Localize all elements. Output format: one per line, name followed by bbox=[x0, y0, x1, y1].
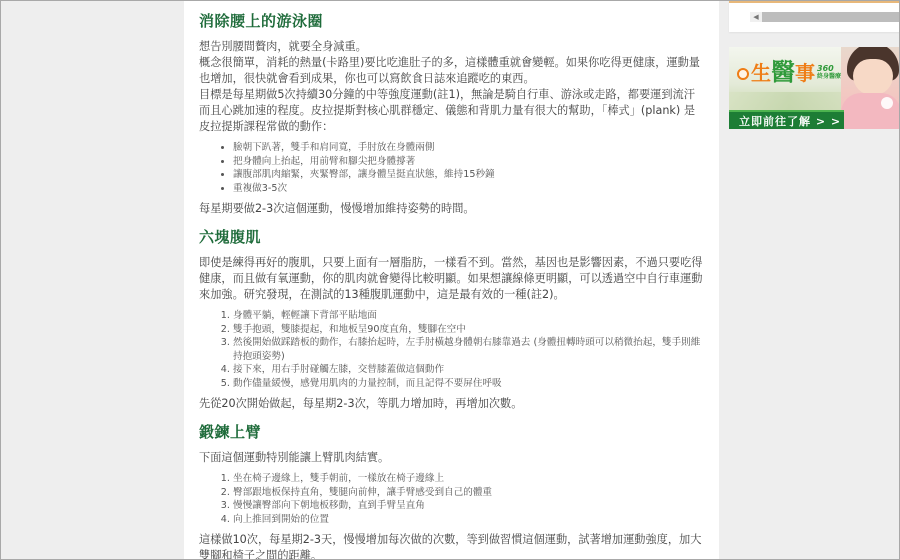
insurance-ad-banner[interactable]: 生 醫 事 360 終身醫療險 立即前往了解 > > bbox=[729, 47, 900, 129]
list-item: 把身體向上抬起，用前臂和腳尖把身體撐著 bbox=[233, 155, 705, 169]
list-item: 臉朝下趴著，雙手和肩同寬，手肘放在身體兩側 bbox=[233, 141, 705, 155]
right-sidebar: ◀ 生 醫 事 360 終身醫療險 立即前往了解 > > bbox=[719, 1, 900, 560]
section-heading: 消除腰上的游泳圈 bbox=[199, 11, 705, 31]
section-heading: 鍛鍊上臂 bbox=[199, 422, 705, 442]
list-item: 臀部跟地板保持直角，雙腿向前伸，讓手臂感受到自己的體重 bbox=[233, 486, 705, 500]
ad-background bbox=[729, 92, 849, 112]
paragraph: 想告別腰間贅肉，就要全身減重。 概念很簡單，消耗的熱量(卡路里)要比吃進肚子的多… bbox=[199, 39, 705, 135]
list-item: 雙手抱頭，雙膝提起，和地板呈90度直角，雙腳在空中 bbox=[233, 323, 705, 337]
numbered-list: 身體平躺，輕輕讓下背部平貼地面 雙手抱頭，雙膝提起，和地板呈90度直角，雙腳在空… bbox=[199, 309, 705, 390]
list-item: 慢慢讓臀部向下朝地板移動，直到手臂呈直角 bbox=[233, 499, 705, 513]
logo-char: 生 bbox=[751, 62, 771, 84]
list-item: 坐在椅子邊緣上，雙手朝前，一樣放在椅子邊緣上 bbox=[233, 472, 705, 486]
section-six-pack: 六塊腹肌 即使是練得再好的腹肌，只要上面有一層脂肪，一樣看不到。當然，基因也是影… bbox=[199, 227, 705, 412]
scrollbar-thumb[interactable] bbox=[762, 12, 900, 22]
logo-char: 事 bbox=[795, 62, 815, 84]
paragraph-line: 想告別腰間贅肉，就要全身減重。 bbox=[199, 40, 367, 53]
paragraph-line: 目標是每星期做5次持續30分鐘的中等強度運動(註1)，無論是騎自行車、游泳或走路… bbox=[199, 88, 695, 133]
list-item: 重複做3-5次 bbox=[233, 182, 705, 196]
dandelion-icon bbox=[881, 97, 893, 109]
ad-cta-button[interactable]: 立即前往了解 > > bbox=[729, 110, 844, 129]
list-item: 讓腹部肌肉縮緊，夾緊臀部，讓身體呈挺直狀態，維持15秒鐘 bbox=[233, 168, 705, 182]
scroll-left-arrow-icon[interactable]: ◀ bbox=[750, 12, 762, 22]
paragraph: 先從20次開始做起，每星期2-3次，等肌力增加時，再增加次數。 bbox=[199, 396, 705, 412]
left-gutter bbox=[1, 1, 184, 560]
photo-shape bbox=[853, 59, 893, 95]
paragraph: 這樣做10次，每星期2-3天，慢慢增加每次做的次數，等到做習慣這個運動，試著增加… bbox=[199, 532, 705, 560]
list-item: 身體平躺，輕輕讓下背部平貼地面 bbox=[233, 309, 705, 323]
list-item: 然後開始做踩踏板的動作，右膝抬起時，左手肘橫越身體朝右膝靠過去 (身體扭轉時頭可… bbox=[233, 336, 705, 363]
paragraph: 下面這個運動特別能讓上臂肌肉結實。 bbox=[199, 450, 705, 466]
logo-char: 醫 bbox=[771, 60, 795, 84]
paragraph-line: 概念很簡單，消耗的熱量(卡路里)要比吃進肚子的多，這樣體重就會變輕。如果你吃得更… bbox=[199, 56, 700, 85]
logo-mark-icon bbox=[737, 68, 749, 80]
section-belly-fat: 消除腰上的游泳圈 想告別腰間贅肉，就要全身減重。 概念很簡單，消耗的熱量(卡路里… bbox=[199, 11, 705, 217]
article-content: 消除腰上的游泳圈 想告別腰間贅肉，就要全身減重。 概念很簡單，消耗的熱量(卡路里… bbox=[184, 1, 719, 560]
paragraph: 即使是練得再好的腹肌，只要上面有一層脂肪，一樣看不到。當然，基因也是影響因素，不… bbox=[199, 255, 705, 303]
section-heading: 六塊腹肌 bbox=[199, 227, 705, 247]
list-item: 向上推回到開始的位置 bbox=[233, 513, 705, 527]
bullet-list: 臉朝下趴著，雙手和肩同寬，手肘放在身體兩側 把身體向上抬起，用前臂和腳尖把身體撐… bbox=[199, 141, 705, 195]
horizontal-scrollbar[interactable]: ◀ bbox=[750, 12, 900, 22]
section-upper-arms: 鍛鍊上臂 下面這個運動特別能讓上臂肌肉結實。 坐在椅子邊緣上，雙手朝前，一樣放在… bbox=[199, 422, 705, 560]
numbered-list: 坐在椅子邊緣上，雙手朝前，一樣放在椅子邊緣上 臀部跟地板保持直角，雙腿向前伸，讓… bbox=[199, 472, 705, 526]
ad-logo: 生 醫 事 360 終身醫療險 bbox=[737, 60, 847, 84]
sidebar-widget-card: ◀ bbox=[729, 1, 900, 32]
ad-child-photo bbox=[841, 47, 900, 129]
list-item: 接下來，用右手肘碰觸左膝，交替膝蓋做這個動作 bbox=[233, 363, 705, 377]
list-item: 動作儘量緩慢，感覺用肌肉的力量控制，而且記得不要屏住呼吸 bbox=[233, 377, 705, 391]
paragraph: 每星期要做2-3次這個運動，慢慢增加維持姿勢的時間。 bbox=[199, 201, 705, 217]
